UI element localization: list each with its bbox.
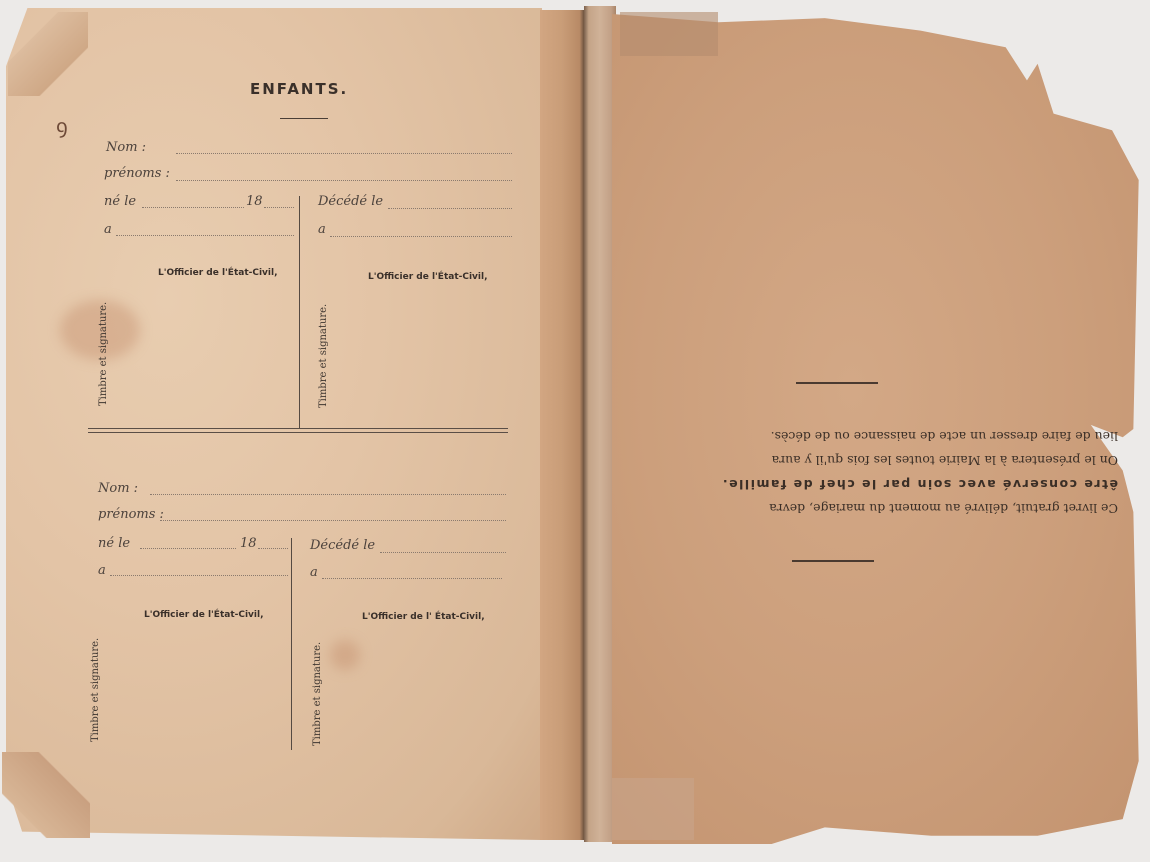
stain xyxy=(330,640,360,670)
birth-year-field[interactable] xyxy=(258,548,288,549)
stamp-signature-label: Timbre et signature. xyxy=(312,642,323,746)
birth-place-label: a xyxy=(98,563,106,578)
column-divider xyxy=(299,196,300,428)
notice-rule-top xyxy=(796,382,878,384)
nom-field[interactable] xyxy=(150,494,506,495)
prenoms-label: prénoms : xyxy=(98,507,164,522)
tape-patch-bottom xyxy=(612,778,694,840)
notice-rule-bottom xyxy=(792,560,874,562)
spine-flap xyxy=(540,10,584,840)
year-prefix: 18 xyxy=(240,536,257,551)
birth-place-field[interactable] xyxy=(116,235,294,236)
nom-label: Nom : xyxy=(106,140,146,155)
death-place-field[interactable] xyxy=(330,236,512,237)
decede-label: Décédé le xyxy=(318,194,383,209)
page-title: ENFANTS. xyxy=(250,80,348,98)
year-prefix: 18 xyxy=(246,194,263,209)
nom-label: Nom : xyxy=(98,481,138,496)
folded-corner-bottom-left xyxy=(2,752,90,838)
death-place-label: a xyxy=(310,565,318,580)
left-page xyxy=(6,8,542,840)
decede-label: Décédé le xyxy=(310,538,375,553)
birth-year-field[interactable] xyxy=(264,207,294,208)
title-rule xyxy=(280,118,328,119)
prenoms-label: prénoms : xyxy=(104,166,170,181)
death-date-field[interactable] xyxy=(388,208,512,209)
officer-label-death: L'Officier de l'État-Civil, xyxy=(368,272,488,282)
handwritten-mark: ꝯ xyxy=(56,112,68,139)
notice-line: Ce livret gratuit, délivré au moment du … xyxy=(628,496,1118,520)
officer-label-death: L'Officier de l' État-Civil, xyxy=(362,612,485,622)
birth-place-label: a xyxy=(104,222,112,237)
column-divider xyxy=(291,538,292,750)
prenoms-field[interactable] xyxy=(176,180,512,181)
tape-patch-top xyxy=(620,12,718,56)
notice-line: être conservé avec soin par le chef de f… xyxy=(628,472,1118,496)
folded-corner-top-left xyxy=(8,12,88,96)
death-place-field[interactable] xyxy=(322,578,502,579)
notice-line: On le présentera à la Mairie toutes les … xyxy=(628,448,1118,472)
notice-line: lieu de faire dresser un acte de naissan… xyxy=(628,424,1118,448)
notice-text: Ce livret gratuit, délivré au moment du … xyxy=(628,424,1118,520)
birth-date-field[interactable] xyxy=(140,548,236,549)
stamp-signature-label: Timbre et signature. xyxy=(90,638,101,742)
stamp-signature-label: Timbre et signature. xyxy=(318,304,329,408)
spine-tape xyxy=(584,6,616,842)
ne-le-label: né le xyxy=(104,194,136,209)
nom-field[interactable] xyxy=(176,153,512,154)
section-divider xyxy=(88,428,508,433)
death-date-field[interactable] xyxy=(380,552,506,553)
officer-label-birth: L'Officier de l'État-Civil, xyxy=(144,610,264,620)
ne-le-label: né le xyxy=(98,536,130,551)
stamp-signature-label: Timbre et signature. xyxy=(98,302,109,406)
birth-date-field[interactable] xyxy=(142,207,244,208)
prenoms-field[interactable] xyxy=(160,520,506,521)
birth-place-field[interactable] xyxy=(110,575,288,576)
death-place-label: a xyxy=(318,222,326,237)
officer-label-birth: L'Officier de l'État-Civil, xyxy=(158,268,278,278)
